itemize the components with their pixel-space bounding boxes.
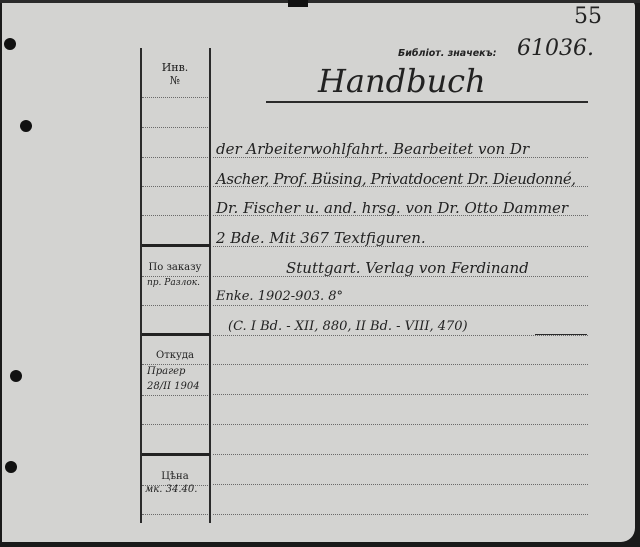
left-rule (142, 157, 208, 158)
left-column-border-left (140, 48, 142, 523)
body-rule (213, 514, 588, 515)
inv-label: Инв. (140, 61, 210, 74)
left-separator-2 (142, 333, 210, 336)
price-value: мк. 34.40. (145, 484, 197, 495)
left-rule (142, 276, 208, 277)
price-label: Цѣна (140, 471, 210, 482)
order-label: По заказу (140, 262, 210, 273)
left-rule (142, 97, 208, 98)
trailing-dash (535, 334, 587, 335)
body-rule (213, 305, 588, 306)
body-line-3: Dr. Fischer u. and. hrsg. von Dr. Otto D… (216, 199, 568, 217)
body-line-5: Stuttgart. Verlag von Ferdinand (286, 259, 529, 277)
body-rule (213, 364, 588, 365)
shelfmark-label: Библіот. значекъ: (398, 48, 497, 59)
left-separator-3 (142, 453, 210, 456)
page-number: 55 (574, 4, 602, 29)
left-rule (142, 395, 208, 396)
source-value-date: 28/II 1904 (147, 381, 200, 392)
left-separator-1 (142, 244, 210, 247)
inv-number-sign: № (140, 74, 210, 87)
body-line-2: Ascher, Prof. Büsing, Privatdocent Dr. D… (216, 170, 576, 188)
source-label: Откуда (140, 350, 210, 361)
left-rule (142, 186, 208, 187)
body-line-7: (C. I Bd. - XII, 880, II Bd. - VIII, 470… (228, 319, 468, 334)
left-rule (142, 215, 208, 216)
shelfmark-value: 61036. (517, 36, 594, 61)
card-tab-notch (288, 0, 308, 7)
punch-hole-2 (20, 120, 32, 132)
body-line-6: Enke. 1902-903. 8° (216, 289, 343, 304)
left-rule (142, 424, 208, 425)
title: Handbuch (318, 62, 486, 100)
source-value-name: Прагер (147, 366, 185, 377)
order-value: пр. Разлок. (147, 278, 200, 288)
left-rule (142, 127, 208, 128)
body-rule (213, 454, 588, 455)
body-rule (213, 424, 588, 425)
left-rule (142, 305, 208, 306)
left-rule (142, 364, 208, 365)
body-rule (213, 394, 588, 395)
card-top-edge (0, 0, 640, 3)
punch-hole-1 (4, 38, 16, 50)
punch-hole-3 (10, 370, 22, 382)
punch-hole-4 (5, 461, 17, 473)
left-column-border-right (209, 48, 211, 523)
body-rule (213, 484, 588, 485)
title-underline (266, 101, 588, 103)
body-line-1: der Arbeiterwohlfahrt. Bearbeitet von Dr (216, 140, 529, 158)
body-line-4: 2 Bde. Mit 367 Textfiguren. (216, 229, 426, 247)
body-rule (213, 335, 588, 336)
left-rule (142, 514, 208, 515)
